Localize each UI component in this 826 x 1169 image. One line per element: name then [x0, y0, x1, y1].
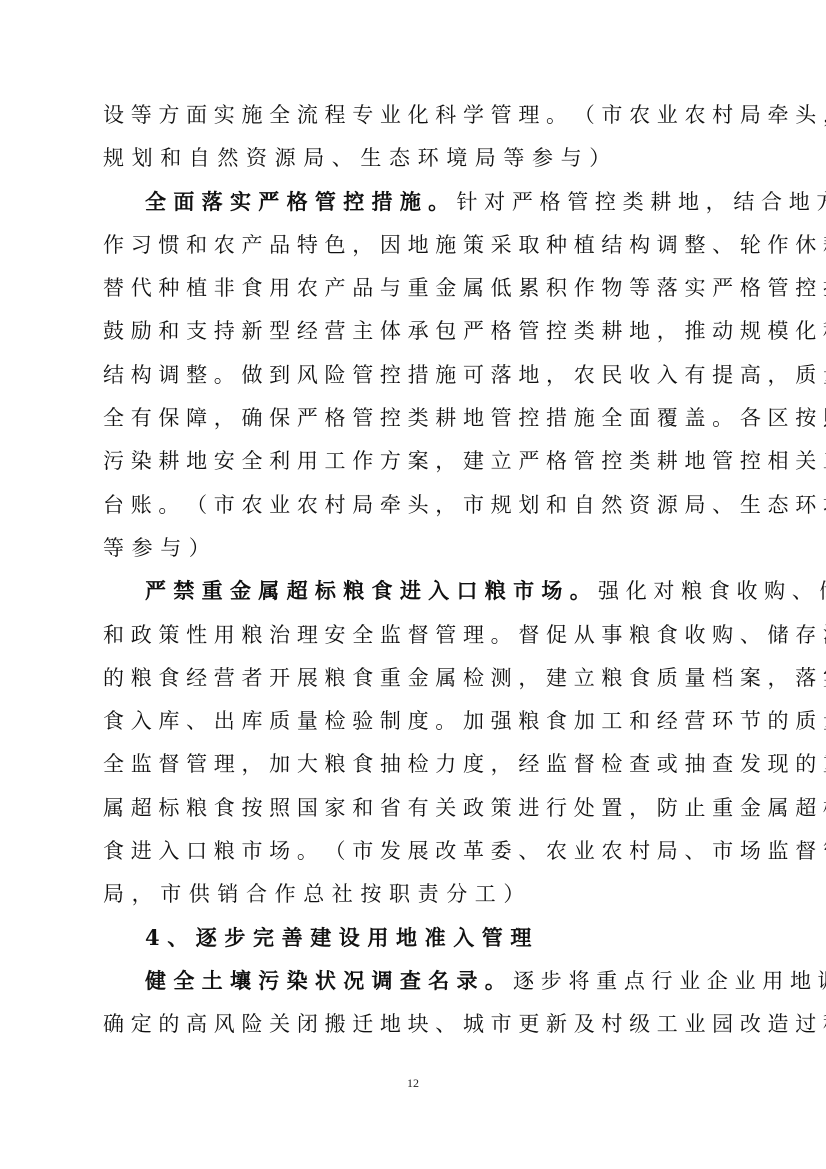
- page-number: 12: [0, 1076, 826, 1091]
- line-text: 和 政 策 性 用 粮 治 理 安 全 监 督 管 理 。 督 促 从 事 粮 …: [103, 623, 826, 647]
- line-text: 确 定 的 高 风 险 关 闭 搬 迁 地 块 、 城 市 更 新 及 村 级 …: [103, 1012, 826, 1036]
- line-text: 替 代 种 植 非 食 用 农 产 品 与 重 金 属 低 累 积 作 物 等 …: [103, 276, 826, 300]
- line-text: 全 有 保 障 ， 确 保 严 格 管 控 类 耕 地 管 控 措 施 全 面 …: [103, 406, 826, 430]
- bold-heading: 健 全 土 壤 污 染 状 况 调 查 名 录 。: [145, 968, 513, 993]
- text-line: 替 代 种 植 非 食 用 农 产 品 与 重 金 属 低 累 积 作 物 等 …: [103, 266, 727, 309]
- line-text: 全 监 督 管 理 ， 加 大 粮 食 抽 检 力 度 ， 经 监 督 检 查 …: [103, 752, 826, 776]
- section-heading: 4、逐步完善建设用地准入管理: [103, 916, 727, 959]
- line-text: 属 超 标 粮 食 按 照 国 家 和 省 有 关 政 策 进 行 处 置 ， …: [103, 796, 826, 820]
- line-text: 等参与）: [103, 536, 217, 560]
- text-line: 鼓 励 和 支 持 新 型 经 营 主 体 承 包 严 格 管 控 类 耕 地 …: [103, 309, 727, 352]
- line-text: 局，市供销合作总社按职责分工）: [103, 882, 532, 906]
- line-text: 规划和自然资源局、生态环境局等参与）: [103, 146, 618, 170]
- text-line: 属 超 标 粮 食 按 照 国 家 和 省 有 关 政 策 进 行 处 置 ， …: [103, 786, 727, 829]
- text-line: 污 染 耕 地 安 全 利 用 工 作 方 案 ， 建 立 严 格 管 控 类 …: [103, 439, 727, 482]
- document-page: 设 等 方 面 实 施 全 流 程 专 业 化 科 学 管 理 。 （ 市 农 …: [0, 0, 826, 1169]
- text-line: 的 粮 食 经 营 者 开 展 粮 食 重 金 属 检 测 ， 建 立 粮 食 …: [103, 656, 727, 699]
- paragraph-heading-line: 严 禁 重 金 属 超 标 粮 食 进 入 口 粮 市 场 。 强 化 对 粮 …: [103, 569, 727, 612]
- line-text: 设 等 方 面 实 施 全 流 程 专 业 化 科 学 管 理 。 （ 市 农 …: [103, 103, 826, 127]
- line-text: 作 习 惯 和 农 产 品 特 色 ， 因 地 施 策 采 取 种 植 结 构 …: [103, 233, 826, 257]
- line-text: 台 账 。 （ 市 农 业 农 村 局 牵 头 ， 市 规 划 和 自 然 资 …: [103, 493, 826, 517]
- line-text: 结 构 调 整 。 做 到 风 险 管 控 措 施 可 落 地 ， 农 民 收 …: [103, 363, 826, 387]
- line-text: 强 化 对 粮 食 收 购 、 储 存: [598, 579, 826, 603]
- text-line: 等参与）: [103, 526, 727, 569]
- paragraph-heading-line: 全 面 落 实 严 格 管 控 措 施 。 针 对 严 格 管 控 类 耕 地 …: [103, 180, 727, 223]
- line-text: 鼓 励 和 支 持 新 型 经 营 主 体 承 包 严 格 管 控 类 耕 地 …: [103, 319, 826, 343]
- text-line: 规划和自然资源局、生态环境局等参与）: [103, 136, 727, 179]
- text-line: 食 进 入 口 粮 市 场 。 （ 市 发 展 改 革 委 、 农 业 农 村 …: [103, 829, 727, 872]
- paragraph-heading-line: 健 全 土 壤 污 染 状 况 调 查 名 录 。 逐 步 将 重 点 行 业 …: [103, 959, 727, 1002]
- line-text: 污 染 耕 地 安 全 利 用 工 作 方 案 ， 建 立 严 格 管 控 类 …: [103, 449, 826, 473]
- text-line: 结 构 调 整 。 做 到 风 险 管 控 措 施 可 落 地 ， 农 民 收 …: [103, 353, 727, 396]
- text-line: 设 等 方 面 实 施 全 流 程 专 业 化 科 学 管 理 。 （ 市 农 …: [103, 93, 727, 136]
- text-line: 确 定 的 高 风 险 关 闭 搬 迁 地 块 、 城 市 更 新 及 村 级 …: [103, 1002, 727, 1045]
- line-text: 的 粮 食 经 营 者 开 展 粮 食 重 金 属 检 测 ， 建 立 粮 食 …: [103, 666, 826, 690]
- text-line: 全 有 保 障 ， 确 保 严 格 管 控 类 耕 地 管 控 措 施 全 面 …: [103, 396, 727, 439]
- line-text: 针 对 严 格 管 控 类 耕 地 ， 结 合 地 方 耕: [456, 190, 826, 214]
- text-line: 作 习 惯 和 农 产 品 特 色 ， 因 地 施 策 采 取 种 植 结 构 …: [103, 223, 727, 266]
- body-text: 设 等 方 面 实 施 全 流 程 专 业 化 科 学 管 理 。 （ 市 农 …: [103, 93, 727, 1046]
- section-heading-text: 4、逐步完善建设用地准入管理: [145, 925, 539, 950]
- text-line: 食 入 库 、 出 库 质 量 检 验 制 度 。 加 强 粮 食 加 工 和 …: [103, 699, 727, 742]
- bold-heading: 严 禁 重 金 属 超 标 粮 食 进 入 口 粮 市 场 。: [145, 578, 598, 603]
- text-line: 局，市供销合作总社按职责分工）: [103, 872, 727, 915]
- line-text: 逐 步 将 重 点 行 业 企 业 用 地 调 查: [513, 969, 826, 993]
- bold-heading: 全 面 落 实 严 格 管 控 措 施 。: [145, 189, 456, 214]
- text-line: 和 政 策 性 用 粮 治 理 安 全 监 督 管 理 。 督 促 从 事 粮 …: [103, 613, 727, 656]
- line-text: 食 进 入 口 粮 市 场 。 （ 市 发 展 改 革 委 、 农 业 农 村 …: [103, 839, 826, 863]
- text-line: 台 账 。 （ 市 农 业 农 村 局 牵 头 ， 市 规 划 和 自 然 资 …: [103, 483, 727, 526]
- text-line: 全 监 督 管 理 ， 加 大 粮 食 抽 检 力 度 ， 经 监 督 检 查 …: [103, 742, 727, 785]
- line-text: 食 入 库 、 出 库 质 量 检 验 制 度 。 加 强 粮 食 加 工 和 …: [103, 709, 826, 733]
